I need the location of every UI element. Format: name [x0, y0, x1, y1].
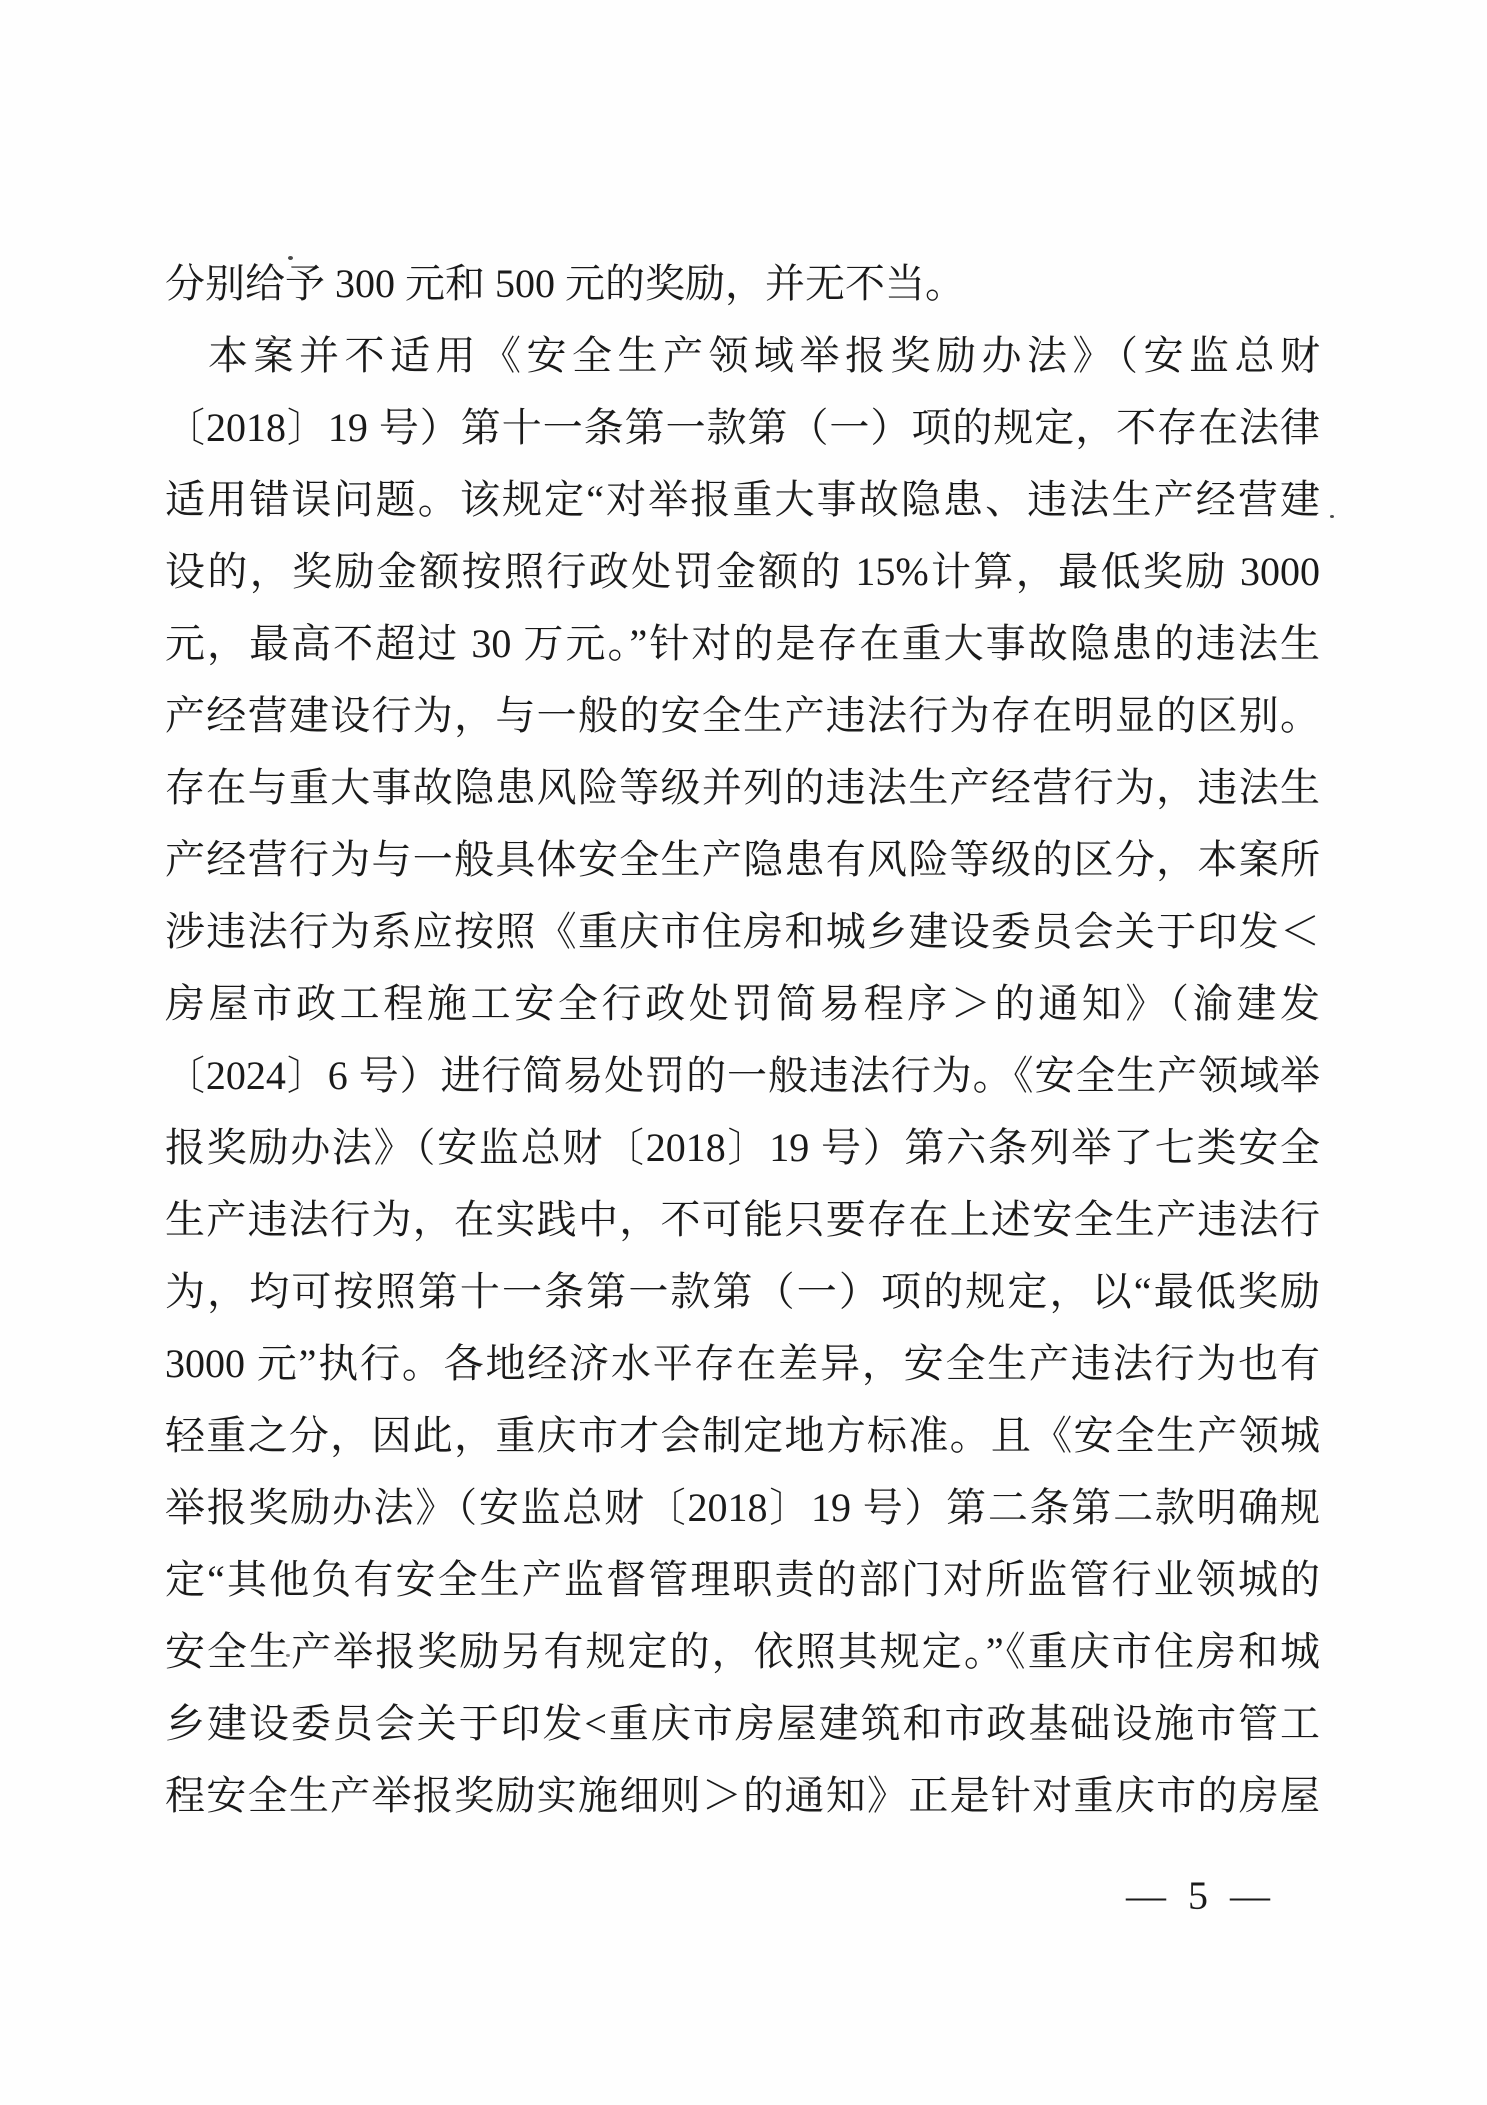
text-line: 元，最高不超过 30 万元。”针对的是存在重大事故隐患的违法生 — [165, 608, 1320, 680]
text-line: 轻重之分，因此，重庆市才会制定地方标准。且《安全生产领城 — [165, 1400, 1320, 1472]
text-line: 安全生产举报奖励另有规定的，依照其规定。”《重庆市住房和城 — [165, 1616, 1320, 1688]
text-line: 涉违法行为系应按照《重庆市住房和城乡建设委员会关于印发＜ — [165, 896, 1320, 968]
text-line: 报奖励办法》（安监总财〔2018〕19 号）第六条列举了七类安全 — [165, 1112, 1320, 1184]
text-line: 程安全生产举报奖励实施细则＞的通知》正是针对重庆市的房屋 — [165, 1760, 1320, 1832]
scan-noise-speck — [288, 256, 293, 260]
text-line: 〔2018〕19 号）第十一条第一款第（一）项的规定，不存在法律 — [165, 392, 1320, 464]
text-line: 举报奖励办法》（安监总财〔2018〕19 号）第二条第二款明确规 — [165, 1472, 1320, 1544]
text-line: 3000 元”执行。各地经济水平存在差异，安全生产违法行为也有 — [165, 1328, 1320, 1400]
text-line: 为，均可按照第十一条第一款第（一）项的规定，以“最低奖励 — [165, 1256, 1320, 1328]
text-line: 设的，奖励金额按照行政处罚金额的 15%计算，最低奖励 3000 — [165, 536, 1320, 608]
text-line: 乡建设委员会关于印发<重庆市房屋建筑和市政基础设施市管工 — [165, 1688, 1320, 1760]
text-line: 适用错误问题。该规定“对举报重大事故隐患、违法生产经营建 — [165, 464, 1320, 536]
text-line: 定“其他负有安全生产监督管理职责的部门对所监管行业领城的 — [165, 1544, 1320, 1616]
text-line: 存在与重大事故隐患风险等级并列的违法生产经营行为，违法生 — [165, 752, 1320, 824]
body-text: 分别给予 300 元和 500 元的奖励，并无不当。 本案并不适用《安全生产领域… — [165, 248, 1320, 1832]
text-line: 产经营建设行为，与一般的安全生产违法行为存在明显的区别。 — [165, 680, 1320, 752]
text-line: 〔2024〕6 号）进行简易处罚的一般违法行为。《安全生产领域举 — [165, 1040, 1320, 1112]
text-line: 产经营行为与一般具体安全生产隐患有风险等级的区分，本案所 — [165, 824, 1320, 896]
text-line: 房屋市政工程施工安全行政处罚简易程序＞的通知》（渝建发 — [165, 968, 1320, 1040]
document-page: 分别给予 300 元和 500 元的奖励，并无不当。 本案并不适用《安全生产领域… — [0, 0, 1487, 2105]
text-line: 生产违法行为，在实践中，不可能只要存在上述安全生产违法行 — [165, 1184, 1320, 1256]
text-line: 分别给予 300 元和 500 元的奖励，并无不当。 — [165, 248, 1320, 320]
page-number: — 5 — — [1126, 1872, 1276, 1919]
text-line: 本案并不适用《安全生产领域举报奖励办法》（安监总财 — [165, 320, 1320, 392]
scan-noise-speck — [286, 1654, 290, 1657]
scan-noise-speck — [1330, 515, 1334, 518]
